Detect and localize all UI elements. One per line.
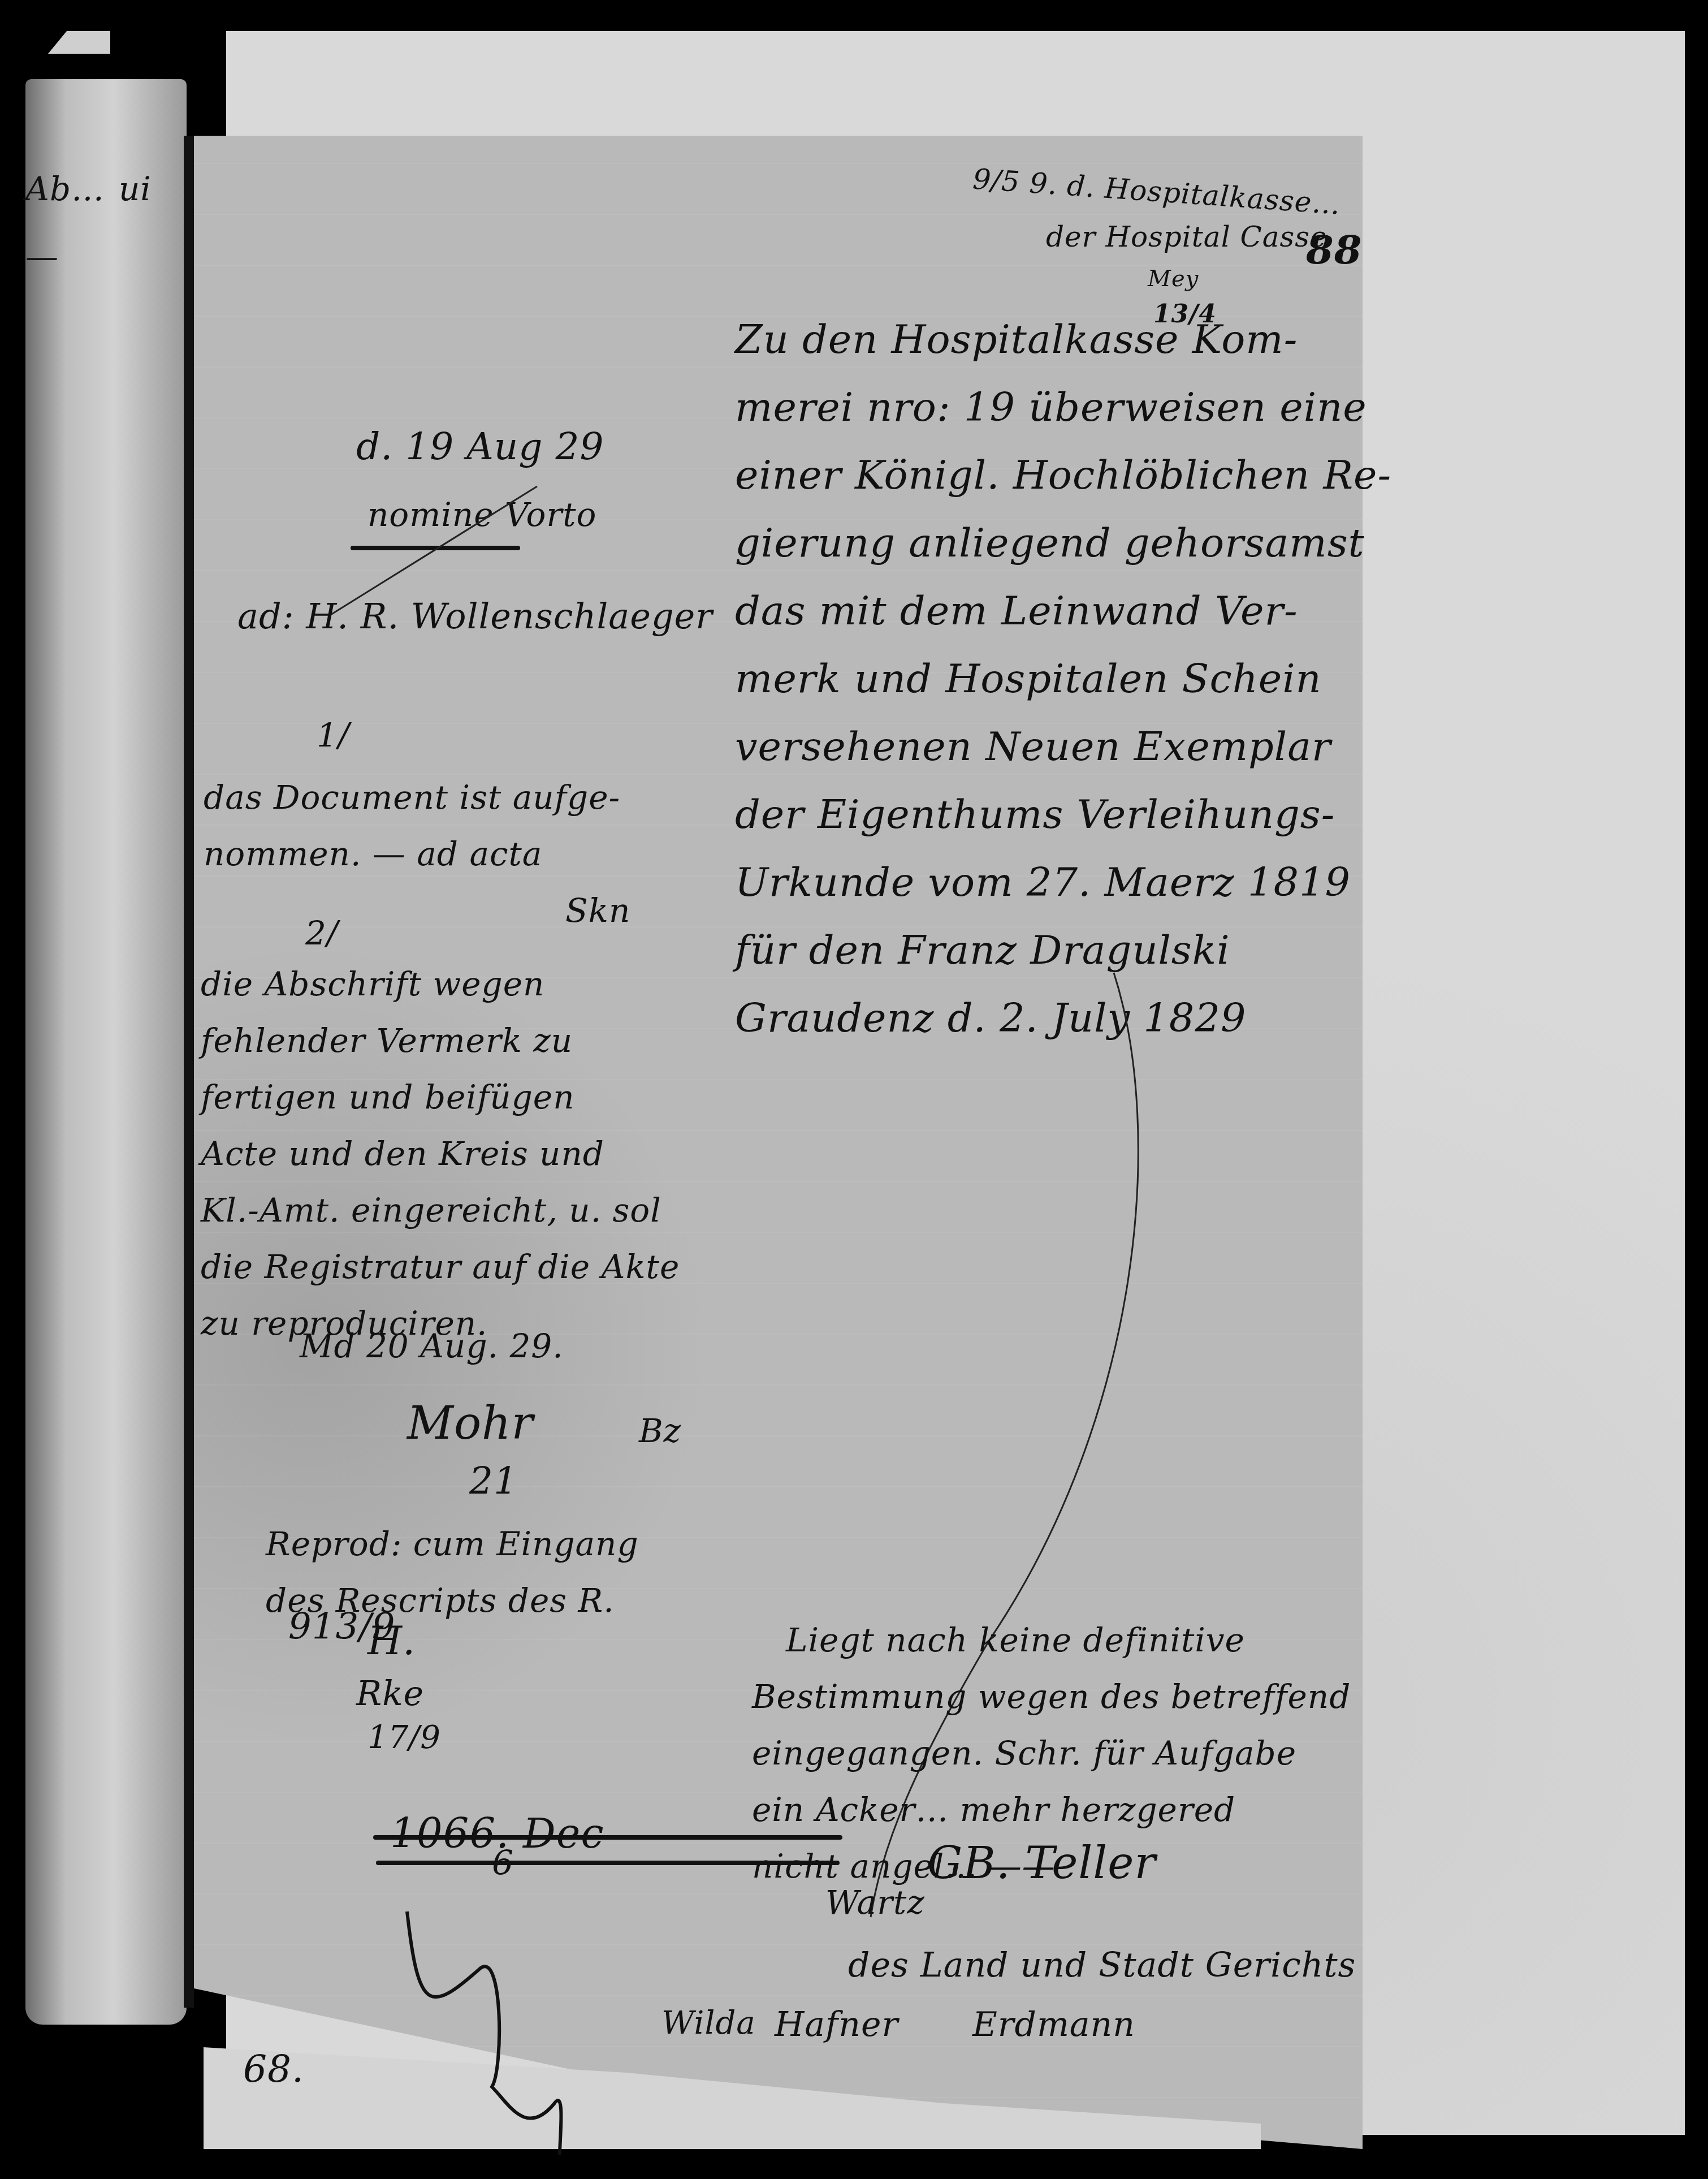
roll-fragment-3: — [25,238,59,276]
item2-line: Kl.-Amt. eingereicht, u. sol [201,1182,680,1239]
item1-line: nommen. — ad acta [204,826,620,882]
rolled-left-strip [25,79,187,2025]
margin-date-note: d. 19 Aug 29 [356,418,604,475]
signature-mohr: Mohr [407,1397,534,1449]
number-6: 6 [492,1844,514,1883]
item2-number: 2/ [305,905,338,961]
item1-block: das Document ist aufge- nommen. — ad act… [204,769,620,882]
main-line: gierung anliegend gehorsamst [735,509,1346,577]
signature-h: H. [367,1617,416,1664]
main-line: versehenen Neuen Exemplar [735,713,1346,780]
rolled-strip-tab [48,31,110,54]
number-21: 21 [469,1459,518,1503]
header-note-line2: der Hospital Casse [1046,221,1328,253]
item2-line: Acte und den Kreis und [201,1125,680,1182]
court-office: des Land und Stadt Gerichts [848,1945,1356,1985]
binding-edge [184,136,194,2008]
main-line: das mit dem Leinwand Ver- [735,577,1346,645]
item2-line: fehlender Vermerk zu [201,1012,680,1069]
signature-teller: GB. Teller [927,1838,1156,1889]
date2: Md 20 Aug. 29. [300,1318,564,1374]
lower-right-line: Liegt nach keine definitive [752,1612,1351,1668]
main-line: einer Königl. Hochlöblichen Re- [735,441,1346,509]
name-wilda: Wilda [661,2005,756,2042]
item1-line: das Document ist aufge- [204,769,620,826]
lower-right-line: ein Acker… mehr herzgered [752,1781,1351,1838]
item2-line: fertigen und beifügen [201,1069,680,1125]
fraction-17-9: 17/9 [367,1719,441,1756]
lower-right-line: Bestimmung wegen des betreffend [752,1668,1351,1725]
item1-number: 1/ [317,707,349,763]
folio-number: 88 [1306,226,1362,273]
roll-fragment-2: ui [119,170,152,208]
name-hafner: Hafner [775,2005,898,2044]
main-line: Zu den Hospitalkasse Kom- [735,305,1346,373]
header-note-line3: Mey [1148,266,1199,292]
name-erdmann: Erdmann [972,2005,1135,2044]
main-text-block: Zu den Hospitalkasse Kom- merei nro: 19 … [735,305,1346,1052]
item2-line: die Registratur auf die Akte [201,1239,680,1295]
addressee-line: ad: H. R. Wollenschlaeger [237,588,713,645]
main-line: merk und Hospitalen Schein [735,645,1346,713]
lower-signature: Wartz [825,1883,925,1922]
signature-rke: Rke [356,1674,424,1714]
item1-signature: Skn [565,882,630,939]
lower-right-line: eingegangen. Schr. für Aufgabe [752,1725,1351,1781]
main-line: Urkunde vom 27. Maerz 1819 [735,848,1346,916]
main-line: merei nro: 19 überweisen eine [735,373,1346,441]
item2-line: die Abschrift wegen [201,956,680,1012]
main-line: der Eigenthums Verleihungs- [735,780,1346,848]
roll-fragment-1: Ab… [25,170,105,208]
signature-initials: Bz [639,1403,681,1459]
page-number-68: 68. [243,2047,304,2091]
reprod-line: Reprod: cum Eingang [266,1516,639,1572]
scribble-mark [396,1900,577,2160]
item2-block: die Abschrift wegen fehlender Vermerk zu… [201,956,680,1352]
